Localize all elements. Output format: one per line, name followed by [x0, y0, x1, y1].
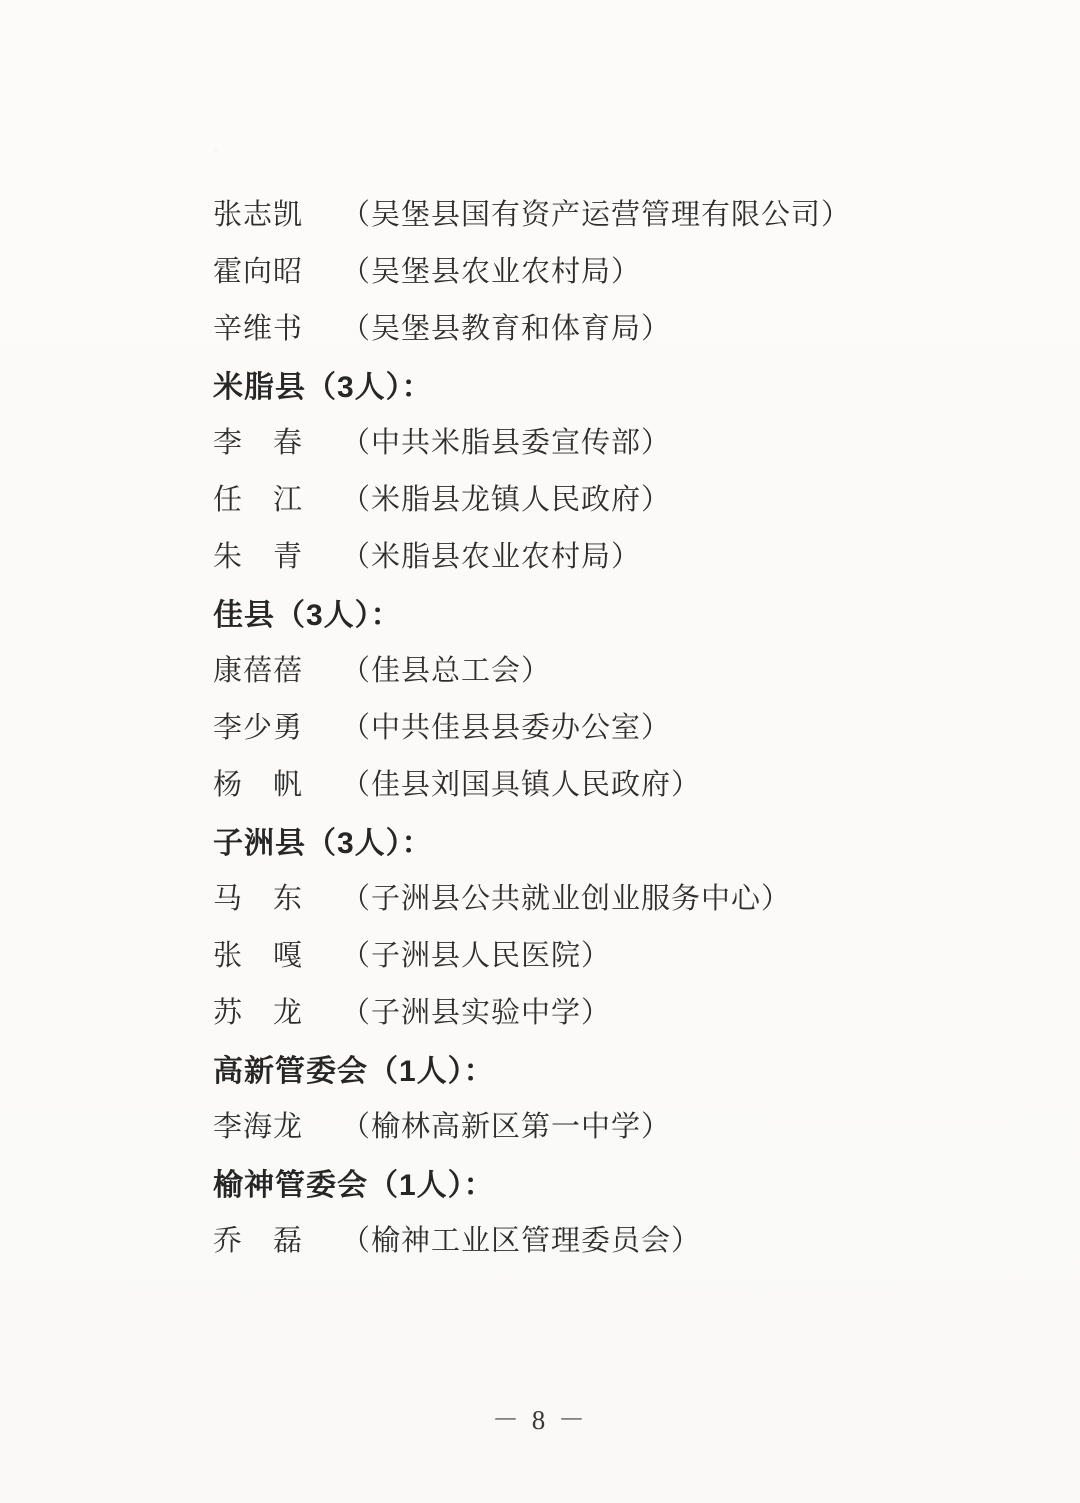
person-name: 马 东	[213, 876, 341, 917]
person-name: 李少勇	[213, 705, 341, 746]
name-list: 张志凯（吴堡县国有资产运营管理有限公司） 霍向昭（吴堡县农业农村局） 辛维书（吴…	[213, 184, 973, 1267]
person-name: 张志凯	[213, 192, 341, 233]
person-org: （吴堡县国有资产运营管理有限公司）	[341, 192, 851, 233]
person-entry: 康蓓蓓（佳县总工会）	[213, 640, 973, 697]
person-name: 霍向昭	[213, 249, 341, 290]
person-entry: 任 江（米脂县龙镇人民政府）	[213, 469, 973, 526]
person-name: 任 江	[213, 477, 341, 518]
person-entry: 李 春（中共米脂县委宣传部）	[213, 412, 973, 469]
person-org: （榆林高新区第一中学）	[341, 1104, 671, 1145]
section-header-zizhou: 子洲县（3人）：	[213, 811, 973, 868]
person-name: 张 嘎	[213, 933, 341, 974]
person-name: 苏 龙	[213, 990, 341, 1031]
person-org: （佳县总工会）	[341, 648, 551, 689]
person-entry: 李少勇（中共佳县县委办公室）	[213, 697, 973, 754]
person-org: （子洲县公共就业创业服务中心）	[341, 876, 791, 917]
person-org: （佳县刘国具镇人民政府）	[341, 762, 701, 803]
person-entry: 乔 磊（榆神工业区管理委员会）	[213, 1210, 973, 1267]
person-org: （吴堡县农业农村局）	[341, 249, 641, 290]
section-header-yushen: 榆神管委会（1人）：	[213, 1153, 973, 1210]
person-name: 杨 帆	[213, 762, 341, 803]
section-header-gaoxin: 高新管委会（1人）：	[213, 1039, 973, 1096]
person-org: （吴堡县教育和体育局）	[341, 306, 671, 347]
person-name: 李海龙	[213, 1104, 341, 1145]
person-entry: 张志凯（吴堡县国有资产运营管理有限公司）	[213, 184, 973, 241]
page-number: － 8 －	[0, 1398, 1080, 1437]
person-entry: 张 嘎（子洲县人民医院）	[213, 925, 973, 982]
person-org: （子洲县人民医院）	[341, 933, 611, 974]
person-name: 朱 青	[213, 534, 341, 575]
person-entry: 苏 龙（子洲县实验中学）	[213, 982, 973, 1039]
person-entry: 杨 帆（佳县刘国具镇人民政府）	[213, 754, 973, 811]
scanned-document-page: 张志凯（吴堡县国有资产运营管理有限公司） 霍向昭（吴堡县农业农村局） 辛维书（吴…	[0, 0, 1080, 1503]
person-org: （中共佳县县委办公室）	[341, 705, 671, 746]
person-name: 李 春	[213, 420, 341, 461]
person-org: （中共米脂县委宣传部）	[341, 420, 671, 461]
section-header-jiaxian: 佳县（3人）：	[213, 583, 973, 640]
person-entry: 马 东（子洲县公共就业创业服务中心）	[213, 868, 973, 925]
person-name: 康蓓蓓	[213, 648, 341, 689]
section-header-mizhi: 米脂县（3人）：	[213, 355, 973, 412]
person-org: （米脂县龙镇人民政府）	[341, 477, 671, 518]
person-entry: 朱 青（米脂县农业农村局）	[213, 526, 973, 583]
person-org: （子洲县实验中学）	[341, 990, 611, 1031]
person-entry: 霍向昭（吴堡县农业农村局）	[213, 241, 973, 298]
person-entry: 李海龙（榆林高新区第一中学）	[213, 1096, 973, 1153]
person-org: （米脂县农业农村局）	[341, 534, 641, 575]
person-name: 乔 磊	[213, 1218, 341, 1259]
person-entry: 辛维书（吴堡县教育和体育局）	[213, 298, 973, 355]
person-name: 辛维书	[213, 306, 341, 347]
person-org: （榆神工业区管理委员会）	[341, 1218, 701, 1259]
